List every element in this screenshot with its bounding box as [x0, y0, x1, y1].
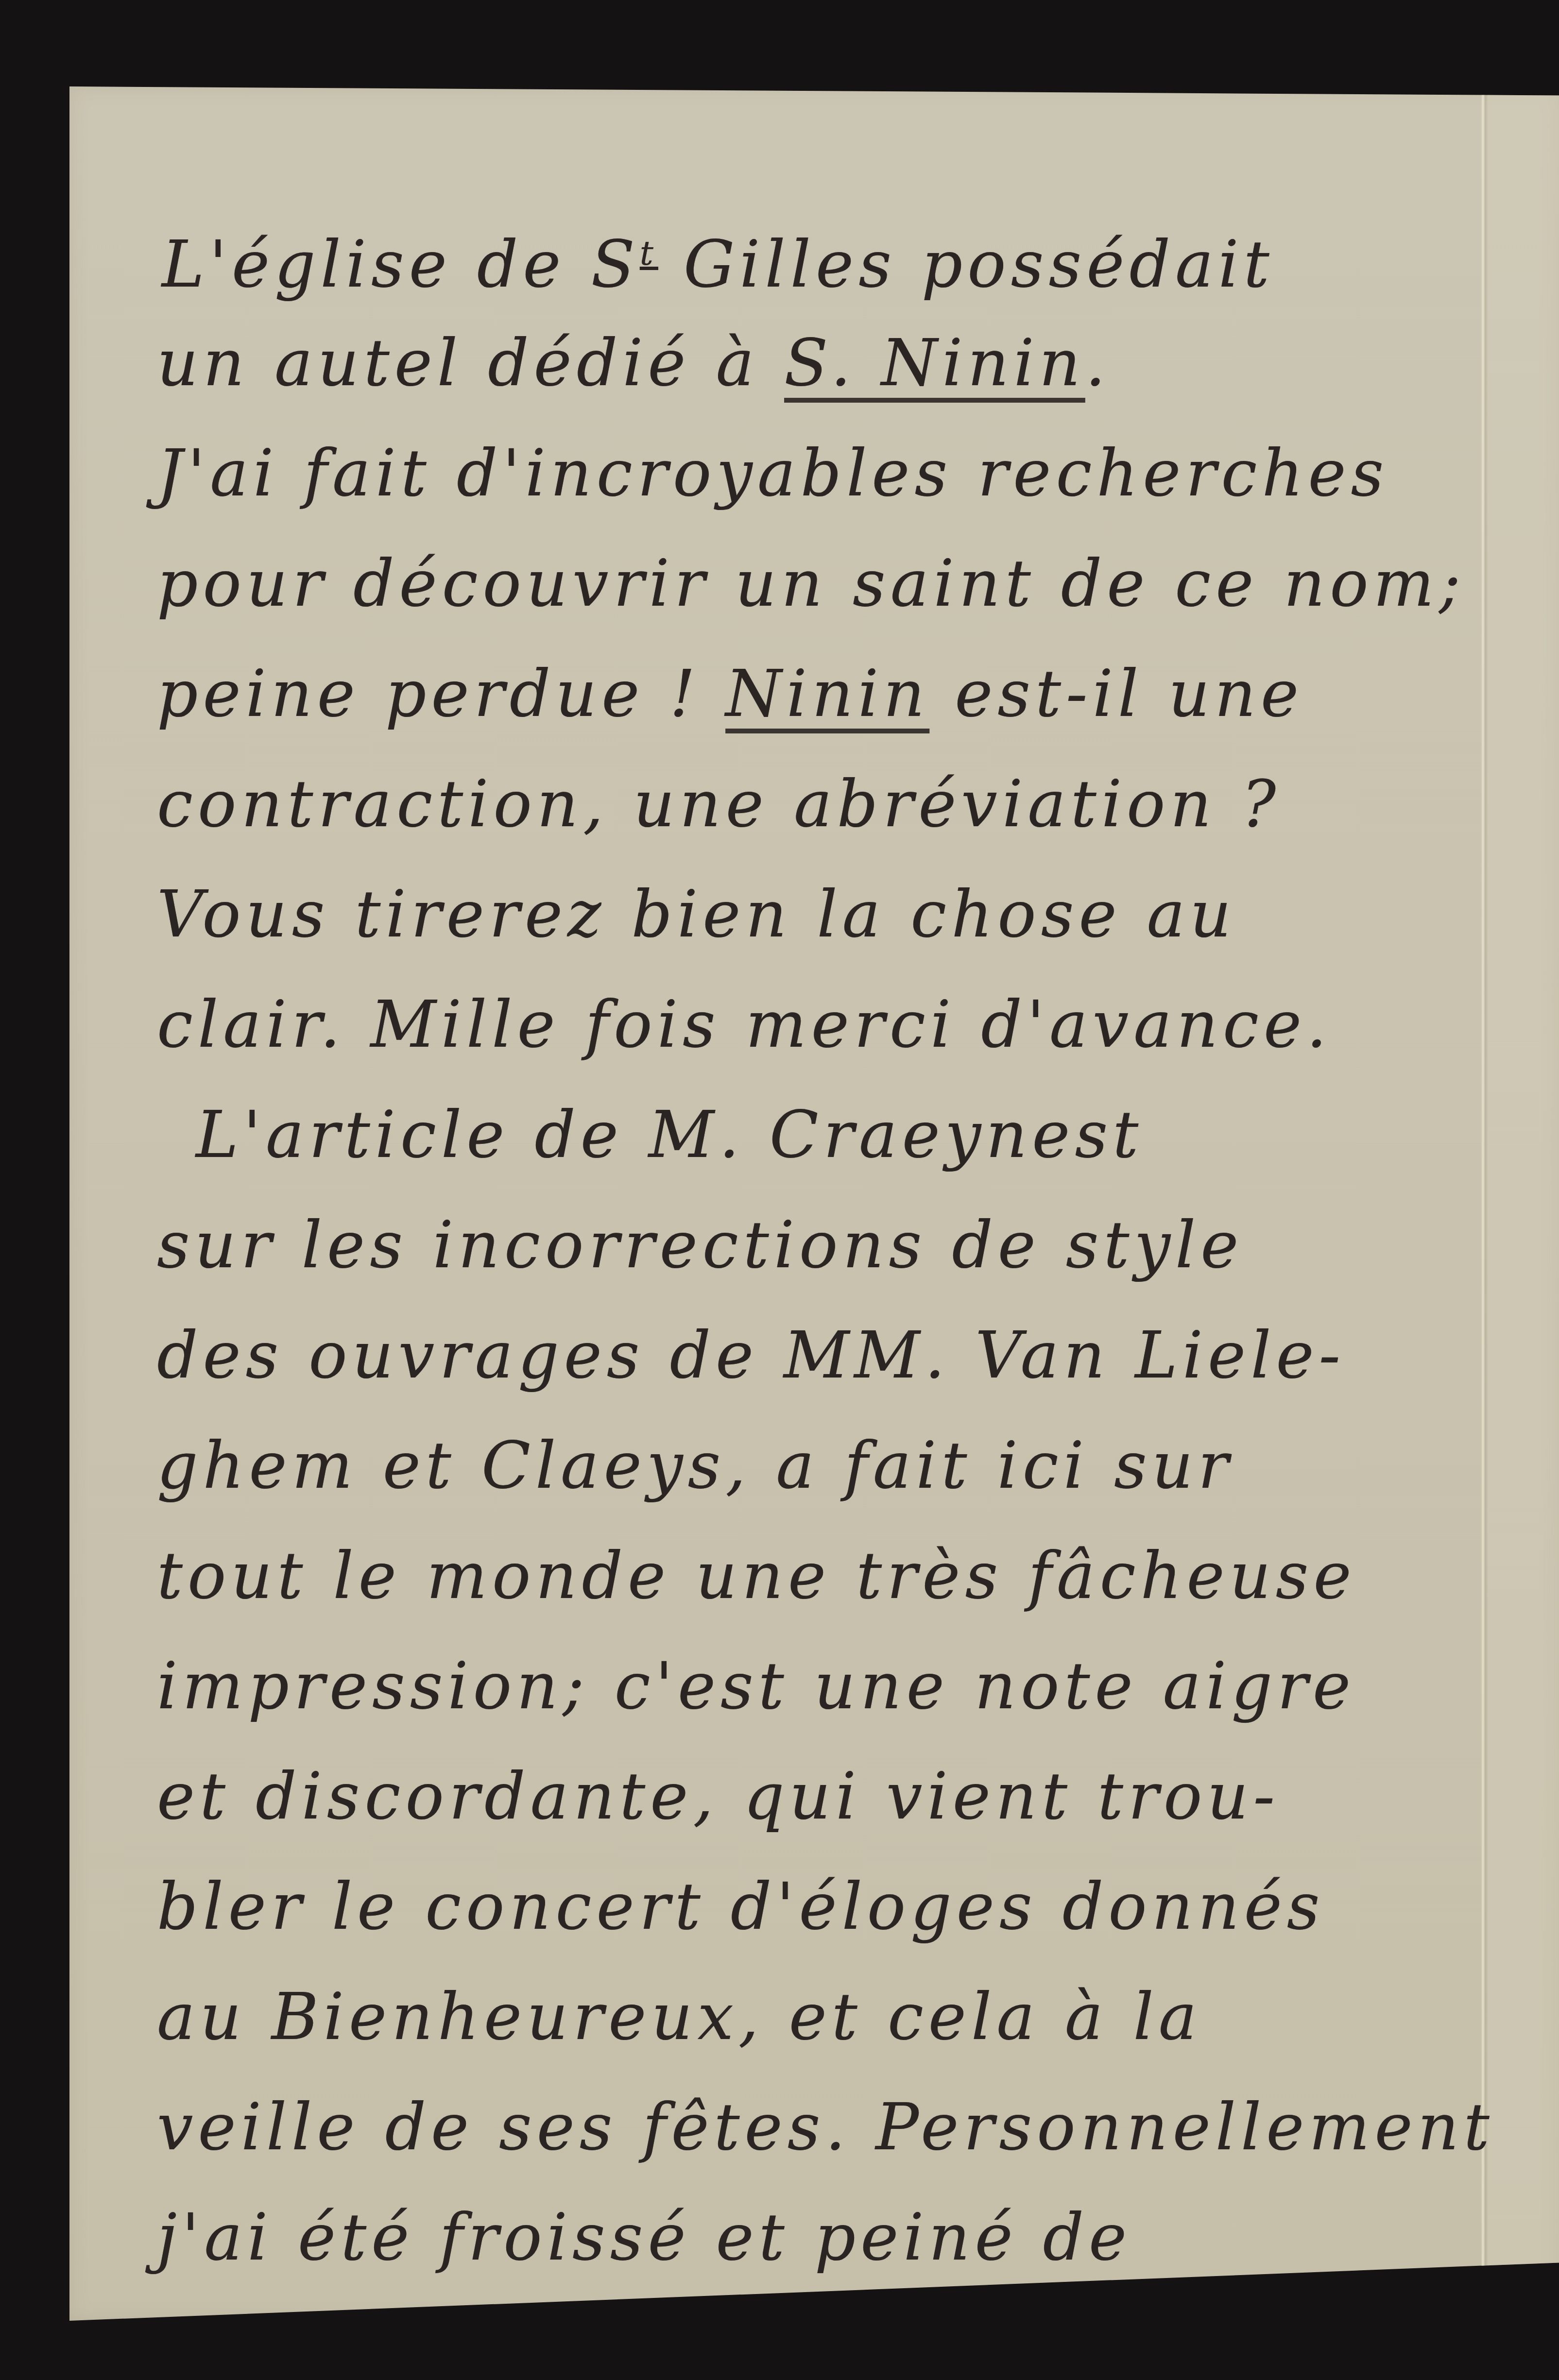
- letter-line-18: veille de ses fêtes. Personnellement: [157, 2073, 1478, 2183]
- letter-line-12: ghem et Claeys, a fait ici sur: [157, 1411, 1478, 1521]
- letter-line-9: L'article de M. Craeynest: [157, 1080, 1478, 1190]
- letter-line-7: Vous tirerez bien la chose au: [157, 860, 1478, 970]
- underlined-name: Ninin: [725, 657, 929, 731]
- handwritten-letter-body: L'église de St Gilles possédait un autel…: [157, 198, 1478, 2293]
- letter-line-4: pour découvrir un saint de ce nom;: [157, 529, 1478, 639]
- letter-line-15: et discordante, qui vient trou-: [157, 1742, 1478, 1852]
- letter-line-13: tout le monde une très fâcheuse: [157, 1521, 1478, 1632]
- letter-line-10: sur les incorrections de style: [157, 1190, 1478, 1301]
- underlined-saint-name: S. Ninin: [784, 326, 1085, 401]
- letter-line-8: clair. Mille fois merci d'avance.: [157, 970, 1478, 1080]
- letter-line-6: contraction, une abréviation ?: [157, 749, 1478, 860]
- letter-line-3: J'ai fait d'incroyables recherches: [157, 419, 1478, 529]
- letter-line-11: des ouvrages de MM. Van Liele-: [157, 1301, 1478, 1411]
- letter-line-17: au Bienheureux, et cela à la: [157, 1962, 1478, 2073]
- letter-line-5: peine perdue ! Ninin est-il une: [157, 639, 1478, 749]
- letter-line-1: L'église de St Gilles possédait: [157, 198, 1478, 308]
- paper-fold-crease: [1481, 86, 1488, 2321]
- facing-page-edge: [1488, 86, 1559, 2321]
- letter-line-16: bler le concert d'éloges donnés: [157, 1852, 1478, 1962]
- letter-line-19: j'ai été froissé et peiné de: [157, 2183, 1478, 2293]
- letter-page: L'église de St Gilles possédait un autel…: [69, 86, 1559, 2321]
- letter-line-14: impression; c'est une note aigre: [157, 1632, 1478, 1742]
- letter-line-2: un autel dédié à S. Ninin.: [157, 308, 1478, 419]
